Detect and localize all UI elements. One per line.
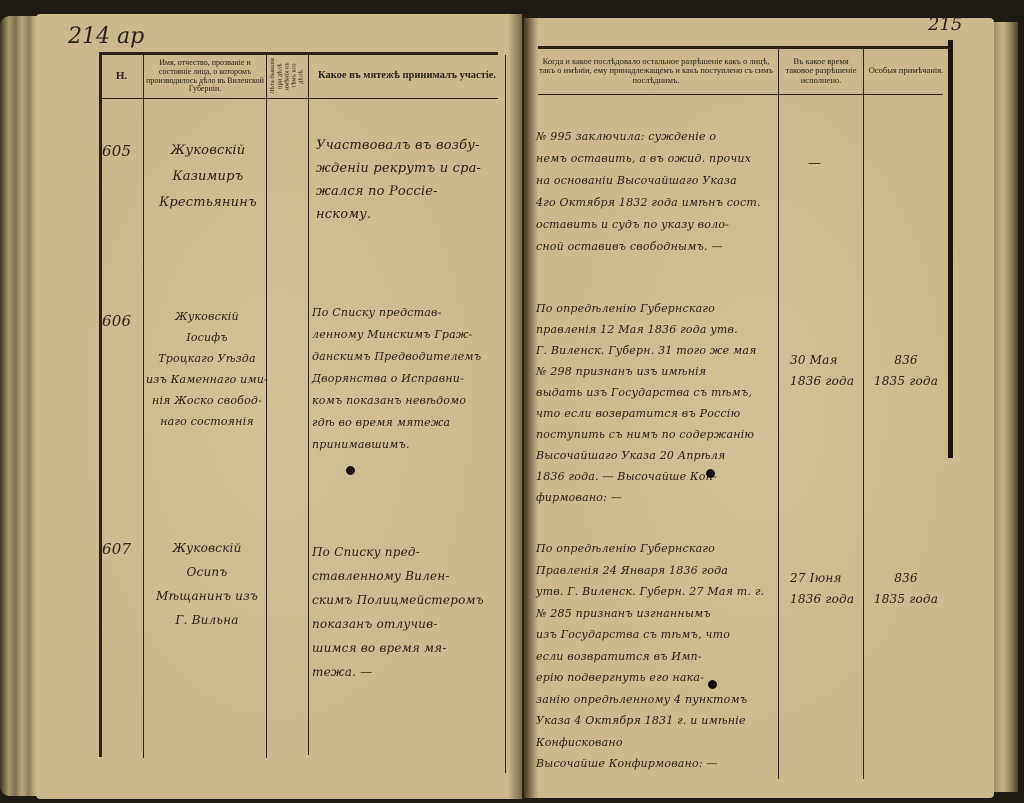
header-number: Н.: [100, 56, 143, 96]
row-2-person: Жуковскій Іосифъ Троцкаго Уѣзда изъ Каме…: [146, 306, 268, 432]
row-1-person: Жуковскій Казимиръ Крестьянинъ: [150, 138, 266, 216]
col-rule-executed: [863, 49, 864, 779]
row-2-resolution: По опредѣленію Губернскаго правленія 12 …: [536, 298, 780, 508]
header-notes: Особыя примѣчанія.: [865, 50, 947, 92]
row-2-notes: 836 1835 года: [866, 350, 946, 392]
open-ledger-book: 214 ар 215 Н. Имя, отчество, прозваніе и…: [0, 0, 1024, 803]
col-rule-number: [143, 55, 144, 758]
header-person: Имя, отчество, прозваніе и состояніе лиц…: [145, 55, 265, 98]
row-3-executed: 27 Іюня 1836 года: [790, 568, 864, 610]
row-1-executed: —: [808, 152, 821, 175]
row-3-notes: 836 1835 года: [866, 568, 946, 610]
col-rule-years: [308, 55, 309, 755]
header-resolution: Когда и какое послѣдовало остальное разр…: [536, 50, 776, 92]
folio-number-left: 214 ар: [68, 24, 144, 49]
header-years: Лѣта бывшія при дѣлѣ имѣнія къ тѣмъ кто …: [268, 56, 306, 96]
header-bottom-rule-right: [538, 94, 943, 95]
book-gutter: [508, 14, 538, 799]
right-outer-rule: [948, 40, 953, 458]
ink-blot: [708, 680, 717, 689]
row-1-participation: Участвовалъ въ возбу- жденіи рекрутъ и с…: [316, 134, 506, 226]
header-bottom-rule-left: [100, 98, 498, 99]
ink-blot: [706, 469, 715, 478]
row-3-participation: По Списку пред- ставленному Вилен- скимъ…: [312, 540, 508, 684]
row-2-participation: По Списку представ- ленному Минскимъ Гра…: [312, 302, 508, 456]
row-3-person: Жуковскій Осипъ Мѣщанинъ изъ Г. Вильна: [146, 536, 268, 632]
row-3-resolution: По опредѣленію Губернскаго Правленія 24 …: [536, 538, 780, 775]
row-1-number: 605: [102, 140, 131, 163]
header-executed: Въ какое время таковое разрѣшеніе исполн…: [780, 50, 862, 92]
header-top-rule-right: [538, 46, 948, 49]
row-1-resolution: № 995 заключила: сужденіе о немъ оставит…: [536, 126, 780, 258]
ink-blot: [346, 466, 355, 475]
row-2-executed: 30 Мая 1836 года: [790, 350, 864, 392]
folio-number-right: 215: [928, 14, 962, 35]
header-participation: Какое въ мятежѣ принималъ участіе.: [310, 56, 504, 96]
row-2-number: 606: [102, 310, 131, 333]
row-3-number: 607: [102, 538, 131, 561]
